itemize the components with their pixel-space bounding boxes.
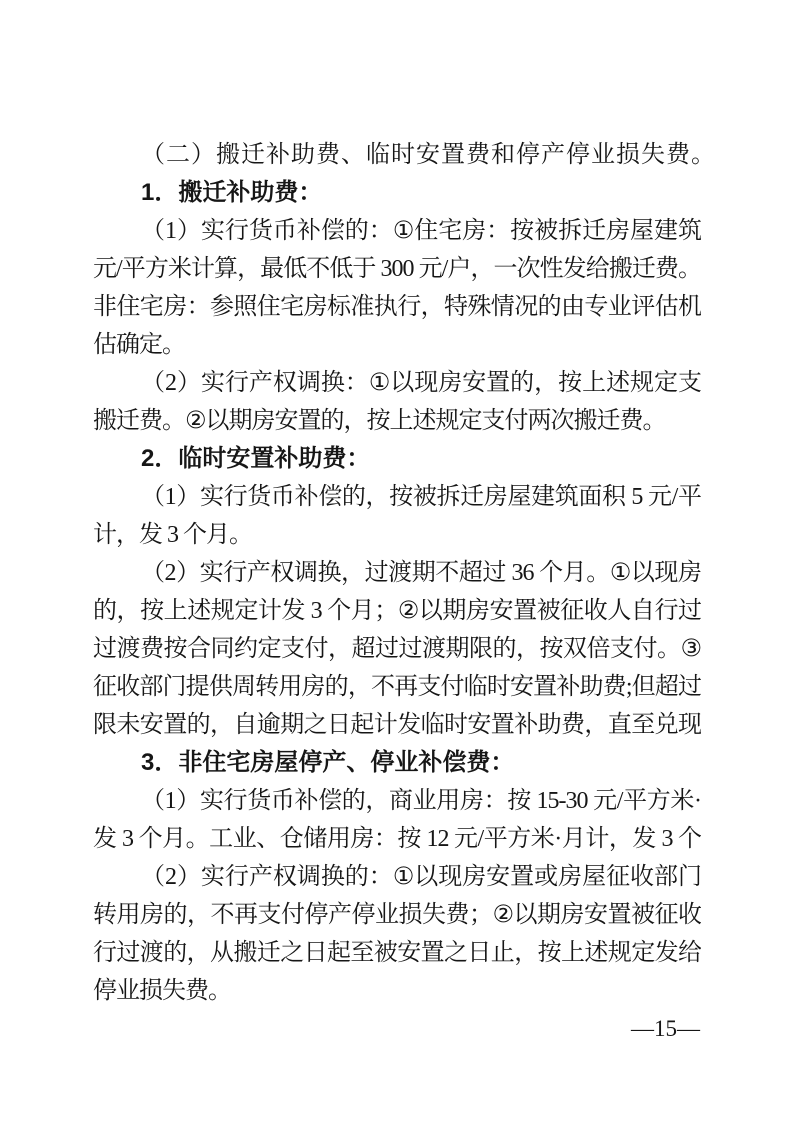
body-line: 发 3 个月。工业、仓储用房：按 12 元/平方米·月计，发 3 个月。 [93,820,701,858]
body-line: 行过渡的，从搬迁之日起至被安置之日止，按上述规定发给停产 [93,934,701,972]
subsection-heading: （二）搬迁补助费、临时安置费和停产停业损失费。 [93,136,701,174]
page-number: —15— [631,1012,700,1046]
body-line: （1）实行货币补偿的：①住宅房：按被拆迁房屋建筑面积 5 [93,212,701,250]
body-line: （2）实行产权调换：①以现房安置的，按上述规定支付一次 [93,364,701,402]
body-line: 的，按上述规定计发 3 个月；②以期房安置被征收人自行过渡的， [93,592,701,630]
body-line: 计，发 3 个月。 [93,516,701,554]
body-line: 搬迁费。②以期房安置的，按上述规定支付两次搬迁费。 [93,402,701,440]
body-line: 转用房的，不再支付停产停业损失费；②以期房安置被征收入自 [93,896,701,934]
document-body: （二）搬迁补助费、临时安置费和停产停业损失费。 1．搬迁补助费： （1）实行货币… [93,136,701,1010]
body-line: 过渡费按合同约定支付，超过过渡期限的，按双倍支付。③房屋 [93,630,701,668]
body-line: （2）实行产权调换的：①以现房安置或房屋征收部门提供周 [93,858,701,896]
document-page: （二）搬迁补助费、临时安置费和停产停业损失费。 1．搬迁补助费： （1）实行货币… [0,0,793,1122]
body-line: 估确定。 [93,326,701,364]
item-3-heading: 3．非住宅房屋停产、停业补偿费： [93,744,701,782]
item-1-heading: 1．搬迁补助费： [93,174,701,212]
body-line: 征收部门提供周转用房的，不再支付临时安置补助费;但超过合同期 [93,668,701,706]
body-line: 停业损失费。 [93,972,701,1010]
item-2-heading: 2．临时安置补助费： [93,440,701,478]
body-line: 元/平方米计算，最低不低于 300 元/户，一次性发给搬迁费。② [93,250,701,288]
body-line: 非住宅房：参照住宅房标准执行，特殊情况的由专业评估机构评 [93,288,701,326]
body-line: （1）实行货币补偿的，按被拆迁房屋建筑面积 5 元/平方米·月 [93,478,701,516]
body-line: （2）实行产权调换，过渡期不超过 36 个月。①以现房安置 [93,554,701,592]
body-line: （1）实行货币补偿的，商业用房：按 15-30 元/平方米·月计， [93,782,701,820]
body-line: 限未安置的，自逾期之日起计发临时安置补助费，直至兑现为止。 [93,706,701,744]
